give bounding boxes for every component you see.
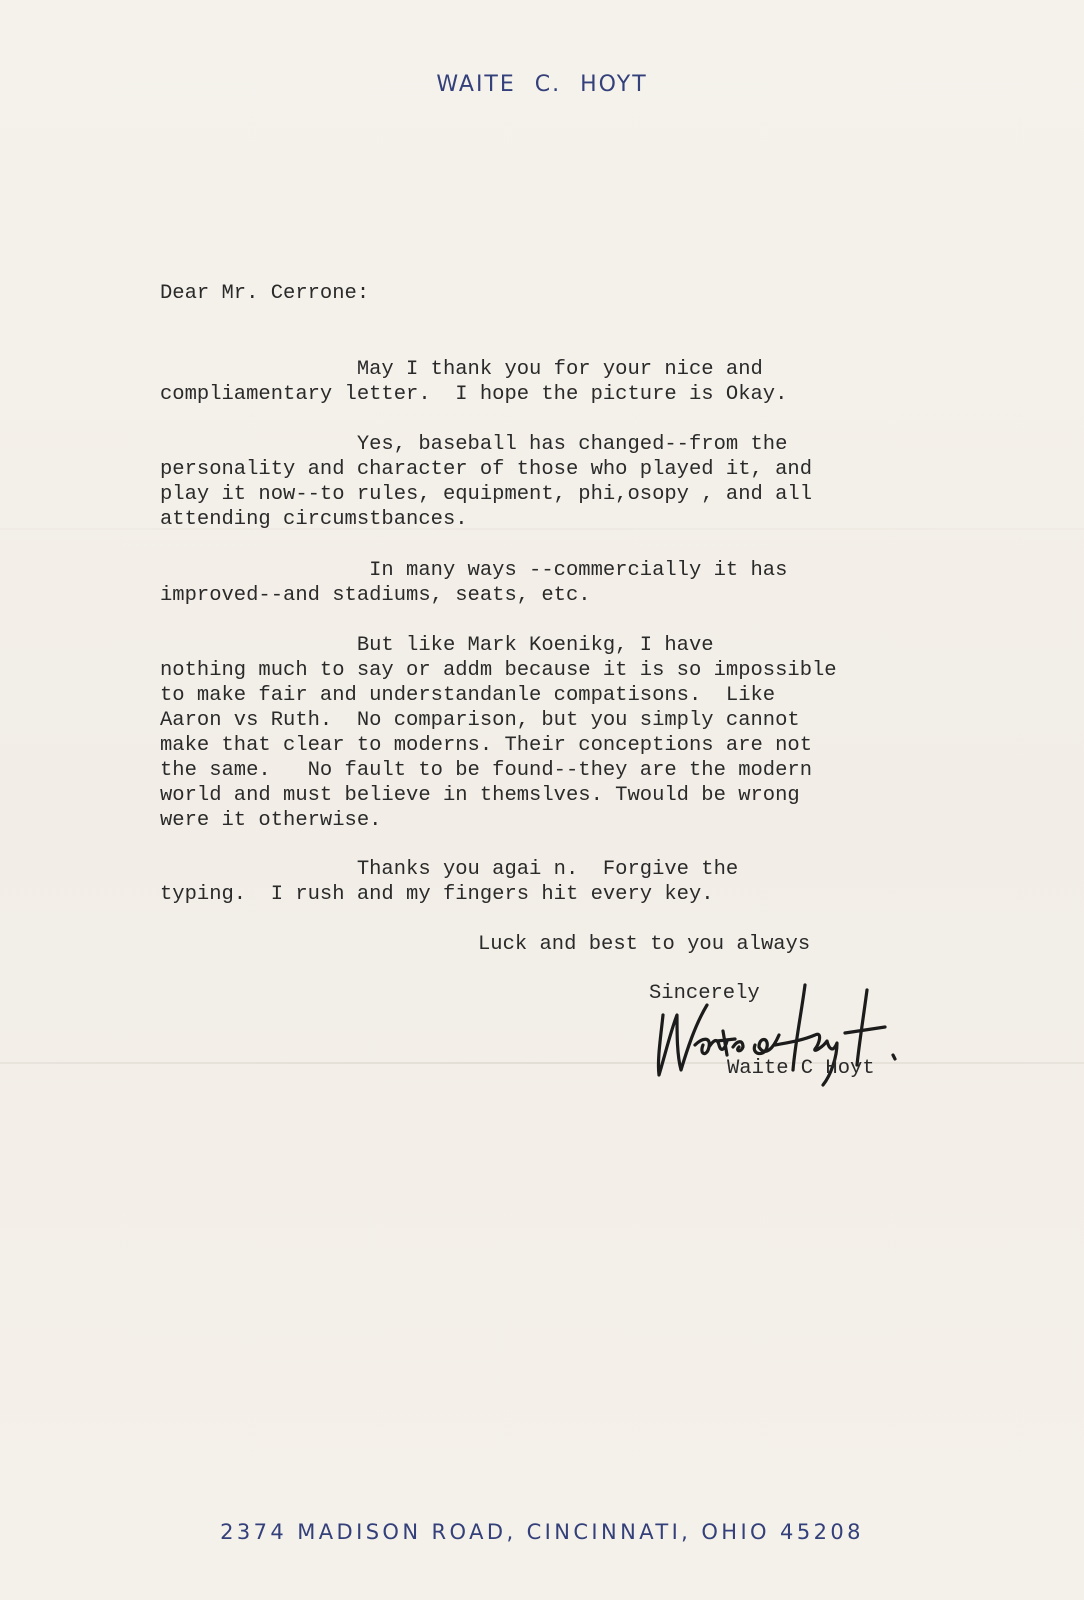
typed-signature-name: Waite C Hoyt [727,1056,875,1081]
text-line: Thanks you agai n. Forgive the [160,857,738,882]
text-line: world and must believe in themslves. Two… [160,783,837,808]
text-line: to make fair and understandanle compatis… [160,683,837,708]
salutation: Dear Mr. Cerrone: [160,281,369,306]
paragraph-5: Thanks you agai n. Forgive thetyping. I … [160,857,738,907]
text-line: But like Mark Koenikg, I have [160,633,837,658]
letter-paper: WAITE C. HOYT Dear Mr. Cerrone: May I th… [0,0,1084,1600]
text-line: In many ways --commercially it has [160,558,787,583]
text-line: nothing much to say or addm because it i… [160,658,837,683]
paragraph-4: But like Mark Koenikg, I havenothing muc… [160,633,837,833]
text-line: Yes, baseball has changed--from the [160,432,812,457]
text-line: typing. I rush and my fingers hit every … [160,882,738,907]
paragraph-3: In many ways --commercially it hasimprov… [160,558,787,608]
text-line: improved--and stadiums, seats, etc. [160,583,787,608]
text-line: make that clear to moderns. Their concep… [160,733,837,758]
text-line: were it otherwise. [160,808,837,833]
letterhead-name: WAITE C. HOYT [0,72,1084,97]
text-line: personality and character of those who p… [160,457,812,482]
letterhead-address: 2374 MADISON ROAD, CINCINNATI, OHIO 4520… [0,1520,1084,1544]
text-line: attending circumstbances. [160,507,812,532]
text-line: May I thank you for your nice and [160,357,787,382]
text-line: the same. No fault to be found--they are… [160,758,837,783]
paragraph-1: May I thank you for your nice andcomplia… [160,357,787,407]
paragraph-2: Yes, baseball has changed--from theperso… [160,432,812,532]
text-line: compliamentary letter. I hope the pictur… [160,382,787,407]
paper-fold-line [0,1062,1084,1064]
text-line: play it now--to rules, equipment, phi,os… [160,482,812,507]
closing-line: Luck and best to you always [478,932,810,957]
text-line: Aaron vs Ruth. No comparison, but you si… [160,708,837,733]
